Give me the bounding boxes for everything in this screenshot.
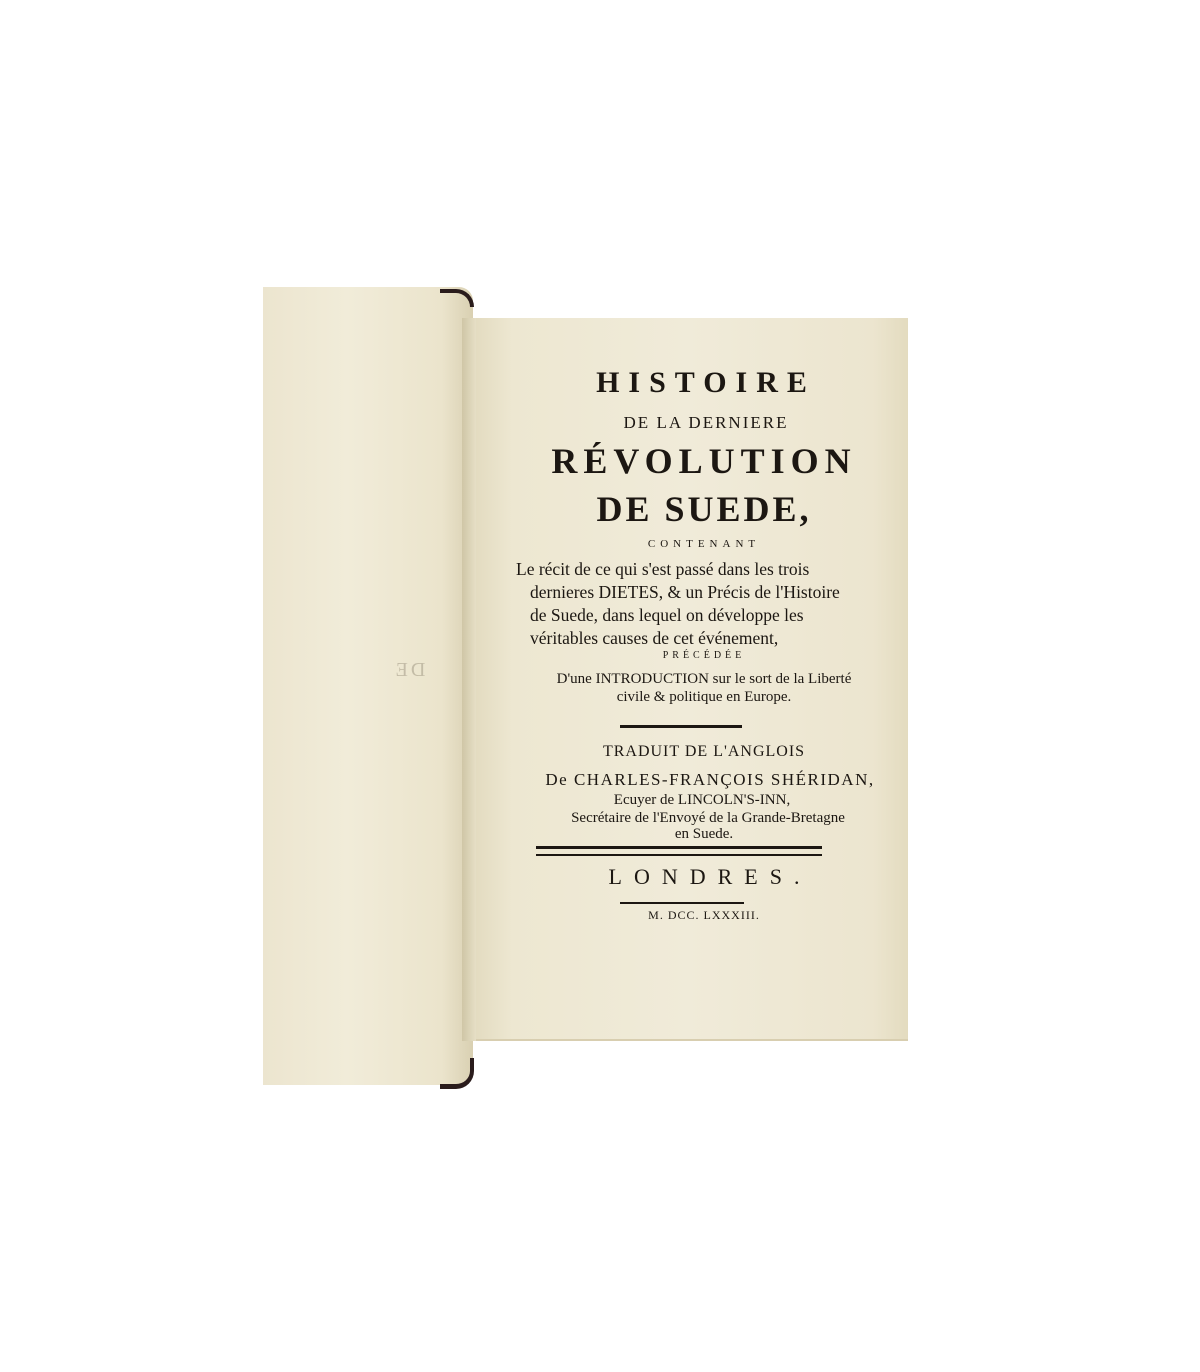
description-line: véritables causes de cet événement, [518,627,868,650]
description-line: dernieres DIETES, & un Précis de l'Histo… [518,581,868,604]
description: Le récit de ce qui s'est passé dans les … [518,558,868,650]
book-photo: HISTOI DE LA DERNIE RÉVOLUT DE SUED HIST… [0,0,1200,1372]
imprint-date: M. DCC. LXXXIII. [484,908,924,923]
left-page: HISTOI DE LA DERNIE RÉVOLUT DE SUED [263,287,473,1085]
rule-divider [620,725,742,728]
imprint-place: LONDRES. [490,864,930,890]
title-revolution: RÉVOLUTION [484,440,924,482]
title-derniere: DE LA DERNIERE [486,413,926,433]
introduction-line: civile & politique en Europe. [484,688,924,706]
translator-title: Ecuyer de LINCOLN'S-INN, [482,792,922,809]
double-rule-divider [536,846,822,856]
description-line: Le récit de ce qui s'est passé dans les … [516,558,868,581]
traduit-label: TRADUIT DE L'ANGLOIS [484,743,924,761]
introduction-line: D'une INTRODUCTION sur le sort de la Lib… [484,670,924,688]
cover-edge-bottom [440,1058,474,1089]
translator-title: en Suede. [484,826,924,843]
title-page: HISTOIRE DE LA DERNIERE RÉVOLUTION DE SU… [468,318,908,1041]
ghost-text: DE [393,659,426,682]
contenant-label: CONTENANT [484,538,924,550]
description-line: de Suede, dans lequel on développe les [518,604,868,627]
translator-name: De CHARLES-FRANÇOIS SHÉRIDAN, [490,770,930,790]
title-histoire: HISTOIRE [486,366,926,400]
precedee-label: PRÉCÉDÉE [484,650,924,661]
book-gutter [462,318,476,1041]
translator-title: Secrétaire de l'Envoyé de la Grande-Bret… [488,810,928,827]
introduction: D'une INTRODUCTION sur le sort de la Lib… [484,670,924,706]
title-suede: DE SUEDE, [484,488,924,530]
rule-divider [620,902,744,904]
